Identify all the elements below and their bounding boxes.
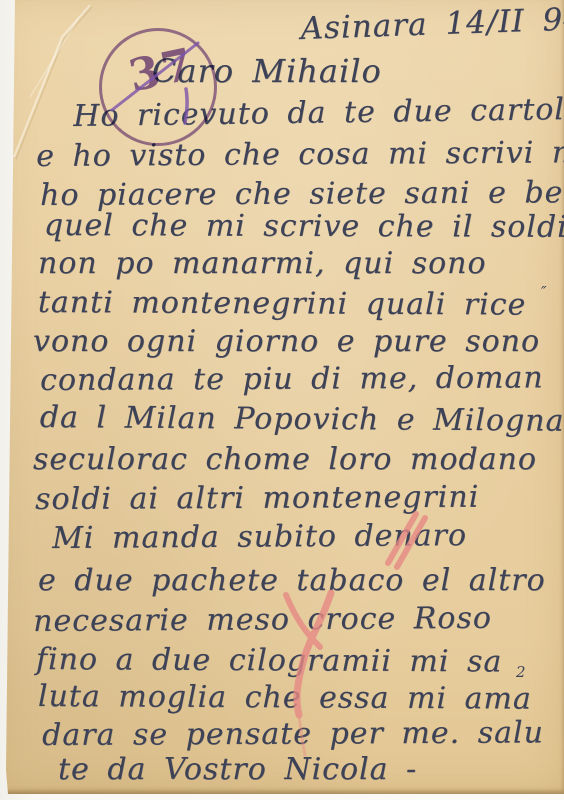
handwritten-line: Mi manda subito denaro — [52, 518, 467, 556]
handwritten-line: soldi ai altri montenegrini — [35, 480, 479, 517]
handwritten-line: non po manarmi, qui sono — [38, 246, 487, 281]
handwritten-line: condana te piu di me, doman — [40, 360, 544, 398]
handwritten-line: quel che mi scrive che il soldi — [44, 208, 564, 245]
handwritten-line: da l Milan Popovich e Milogna — [40, 400, 564, 439]
handwritten-line: tanti montenegrini quali rice — [38, 285, 527, 323]
paper-crease-lines — [14, 5, 92, 159]
handwritten-line: fino a due cilogramii mi sa — [36, 642, 503, 679]
handwritten-line: e ho visto che cosa mi scrivi mi — [36, 135, 564, 174]
handwritten-line: necesarie meso croce Roso — [33, 601, 492, 639]
handwritten-line: e due pachete tabaco el altro — [38, 563, 546, 598]
handwritten-line: te da Vostro Nicola - — [58, 752, 417, 787]
handwritten-line: dara se pensate per me. salu — [42, 715, 544, 753]
postcard: Asinara 14/II 943 Caro Mihailo Ho ricevu… — [0, 0, 564, 794]
superscript-mark: ″ — [541, 283, 547, 301]
date-line: Asinara 14/II 943 — [300, 0, 564, 47]
superscript-mark: 2 — [516, 663, 526, 681]
handwritten-line: vono ogni giorno e pure sono — [33, 324, 540, 359]
handwritten-line: luta moglia che essa mi ama — [38, 679, 532, 717]
handwritten-line: seculorac chome loro modano — [33, 442, 537, 477]
